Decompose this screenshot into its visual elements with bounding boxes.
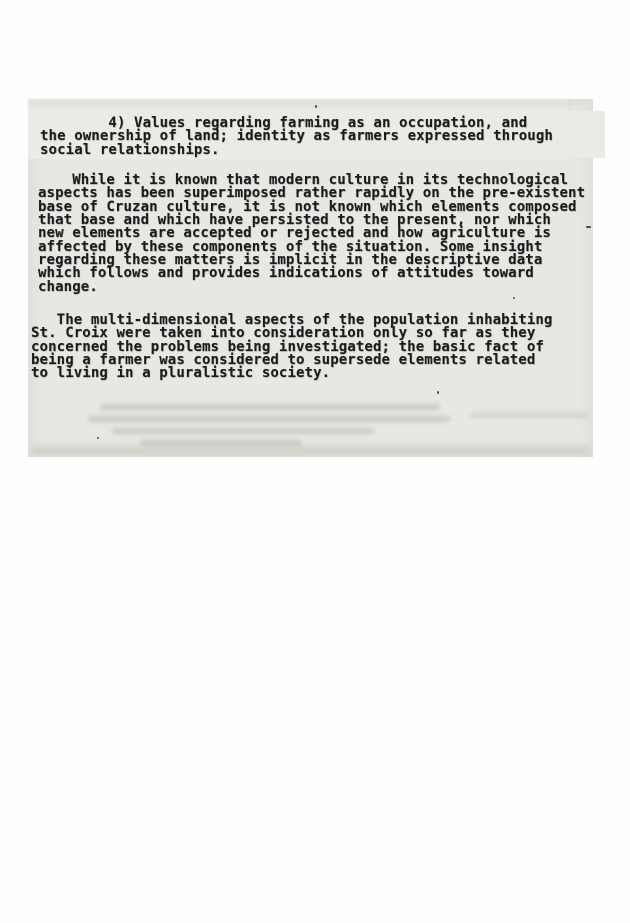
paragraph-item-4-values: 4) Values regarding farming as an occupa… <box>40 117 553 157</box>
ink-speck <box>437 391 439 394</box>
paragraph-modern-culture: While it is known that modern culture in… <box>38 174 585 294</box>
scan-top-smudge <box>30 100 570 107</box>
ghost-text-line <box>470 412 588 418</box>
ghost-text-line <box>88 416 450 422</box>
ink-speck <box>315 105 317 108</box>
ink-speck <box>513 297 515 299</box>
ink-speck <box>97 437 99 439</box>
paragraph-multidimensional-aspects: The multi-dimensional aspects of the pop… <box>31 314 552 381</box>
ink-speck <box>586 226 591 228</box>
scan-paper-top-right-extension <box>560 111 605 158</box>
scan-bottom-smudge <box>32 446 590 455</box>
ghost-text-line <box>100 404 440 410</box>
scanned-document-page: 4) Values regarding farming as an occupa… <box>0 0 630 923</box>
ghost-text-line <box>112 428 374 434</box>
